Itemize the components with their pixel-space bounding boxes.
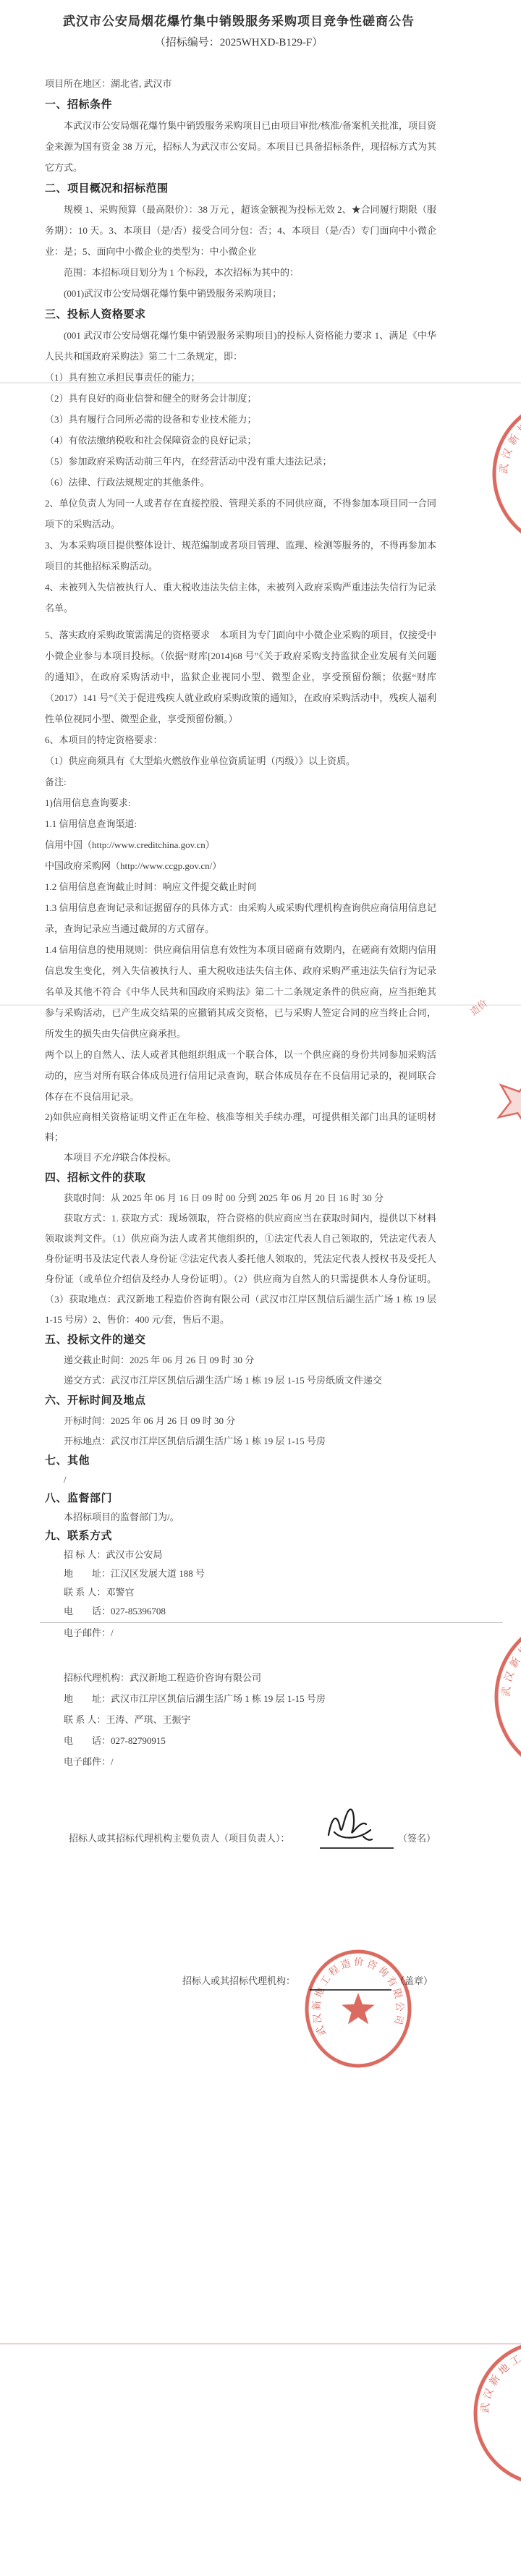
tenderer-phone: 027-85396708 bbox=[111, 1606, 166, 1617]
agency-phone-line: 电 话：027-82790915 bbox=[45, 1730, 436, 1751]
stamp-company-name: 武汉新地工程造价咨询有限公司 bbox=[501, 1621, 521, 1698]
agency-contact-label: 联 系 人： bbox=[64, 1714, 106, 1725]
partial-seal-stamp: 武汉新地工程造价咨询有限公司 bbox=[463, 2331, 521, 2498]
tenderer-name-label: 招 标 人： bbox=[64, 1549, 106, 1560]
partial-star-stamp bbox=[489, 1071, 521, 1136]
note-1-2: 1.2 信用信息查询截止时间：响应文件提交截止时间 bbox=[45, 876, 436, 897]
tenderer-phone-label: 电 话： bbox=[64, 1606, 111, 1617]
agency-email: / bbox=[111, 1756, 114, 1767]
section-4-heading: 四、招标文件的获取 bbox=[45, 1168, 436, 1188]
section-3-heading: 三、投标人资格要求 bbox=[45, 304, 436, 325]
note-1-head: 1)信用信息查询要求: bbox=[45, 792, 436, 813]
page-title: 武汉市公安局烟花爆竹集中销毁服务采购项目竞争性磋商公告 bbox=[0, 11, 478, 29]
qualification-rule-2: 2、单位负责人为同一人或者存在直接控股、管理关系的不同供应商，不得参加本项目同一… bbox=[45, 493, 436, 535]
document-page: 武汉市公安局烟花爆竹集中销毁服务采购项目竞争性磋商公告 （招标编号：2025WH… bbox=[0, 0, 521, 2576]
section-6-heading: 六、开标时间及地点 bbox=[45, 1391, 436, 1411]
law-item-4: （4）有依法缴纳税收和社会保障资金的良好记录； bbox=[45, 430, 436, 451]
qualification-rule-5: 5、落实政府采购政策需满足的资格要求 本项目为专门面向中小微企业采购的项目，仅接… bbox=[45, 624, 436, 729]
obtain-time: 获取时间：从 2025 年 06 月 16 日 09 时 00 分到 2025 … bbox=[45, 1188, 436, 1208]
signatory-label: 招标人或其招标代理机构主要负责人（项目负责人）： bbox=[69, 1831, 290, 1844]
star-icon bbox=[342, 1993, 375, 2024]
obtain-method: 获取方式：1. 获取方式：现场领取，符合资格的供应商应当在获取时间内，提供以下材… bbox=[45, 1208, 436, 1330]
law-item-5: （5）参加政府采购活动前三年内，在经营活动中没有重大违法记录； bbox=[45, 451, 436, 472]
consortium-credit-rule: 两个以上的自然人、法人或者其他组织组成一个联合体，以一个供应商的身份共同参加采购… bbox=[45, 1044, 436, 1107]
project-scope: 范围：本招标项目划分为 1 个标段，本次招标为其中的： bbox=[45, 262, 436, 283]
scan-fold-line bbox=[0, 2343, 521, 2344]
tender-number-line: （招标编号：2025WHXD-B129-F） bbox=[0, 34, 478, 49]
star-icon bbox=[489, 1071, 521, 1133]
agency-address: 武汉市江岸区凯信后湖生活广场 1 栋 19 层 1-15 号房 bbox=[111, 1693, 326, 1704]
location-line: 项目所在地区：湖北省, 武汉市 bbox=[45, 73, 436, 94]
law-item-6: （6）法律、行政法规规定的其他条件。 bbox=[45, 472, 436, 493]
no-consortium-post: 联合体投标。 bbox=[120, 1152, 177, 1163]
tenderer-email: / bbox=[111, 1627, 114, 1638]
note-1-3: 1.3 信用信息查询记录和证据留存的具体方式：由采购人或采购代理机构查询供应商信… bbox=[45, 897, 436, 939]
section-1-heading: 一、招标条件 bbox=[45, 94, 436, 115]
agency-contact: 王涛、严琪、王振宇 bbox=[106, 1714, 191, 1725]
section-2-heading: 二、项目概况和招标范围 bbox=[45, 178, 436, 199]
qualification-rule-3: 3、为本采购项目提供整体设计、规范编制或者项目管理、监理、检测等服务的，不得再参… bbox=[45, 535, 436, 577]
law-item-1: （1）具有独立承担民事责任的能力； bbox=[45, 367, 436, 388]
agency-email-line: 电子邮件：/ bbox=[45, 1751, 436, 1772]
tenderer-email-line: 电子邮件：/ bbox=[45, 1624, 436, 1643]
agency-contact-line: 联 系 人：王涛、严琪、王振宇 bbox=[45, 1709, 436, 1730]
tenderer-address-label: 地 址： bbox=[64, 1568, 111, 1579]
project-scale: 规模 1、采购预算（最高限价）：38 万元 ，超该金额视为投标无效 2、★合同履… bbox=[45, 199, 436, 262]
stamp-text-fragment: 造价 bbox=[467, 996, 490, 1018]
agency-address-line: 地 址：武汉市江岸区凯信后湖生活广场 1 栋 19 层 1-15 号房 bbox=[45, 1688, 436, 1709]
opening-time: 开标时间：2025 年 06 月 26 日 09 时 30 分 bbox=[45, 1411, 436, 1431]
notes-label: 备注: bbox=[45, 771, 436, 792]
agency-email-label: 电子邮件： bbox=[64, 1756, 111, 1767]
section-7-body: / bbox=[45, 1470, 436, 1489]
agency-phone-label: 电 话： bbox=[64, 1735, 111, 1746]
section-7-heading: 七、其他 bbox=[45, 1452, 436, 1470]
credit-china-link: 信用中国（http://www.creditchina.gov.cn） bbox=[45, 834, 436, 855]
tenderer-name-line: 招 标 人：武汉市公安局 bbox=[45, 1546, 436, 1564]
section-8-body: 本招标项目的监督部门为/。 bbox=[45, 1508, 436, 1527]
agency-name-label: 招标代理机构： bbox=[64, 1672, 130, 1683]
seal-line-label: 招标人或其招标代理机构： bbox=[182, 1973, 295, 1987]
law-item-2: （2）具有良好的商业信誉和健全的财务会计制度； bbox=[45, 388, 436, 409]
tenderer-address-line: 地 址：江汉区发展大道 188 号 bbox=[45, 1564, 436, 1583]
note-2: 2)如供应商相关资格证明文件正在年检、核准等相关手续办理，可提供相关部门出具的证… bbox=[45, 1107, 436, 1148]
agency-phone: 027-82790915 bbox=[111, 1735, 166, 1746]
lot-001: (001)武汉市公安局烟花爆竹集中销毁服务采购项目； bbox=[45, 283, 436, 304]
tenderer-contact: 邓警官 bbox=[106, 1587, 135, 1598]
qualification-rule-4: 4、未被列入失信被执行人、重大税收违法失信主体，未被列入政府采购严重违法失信行为… bbox=[45, 577, 436, 619]
svg-text:武汉新地工程造价咨询有限公司: 武汉新地工程造价咨询有限公司 bbox=[501, 1621, 521, 1698]
tenderer-contact-label: 联 系 人： bbox=[64, 1587, 106, 1598]
signature-suffix: （签名） bbox=[398, 1831, 436, 1844]
section-8-heading: 八、监督部门 bbox=[45, 1489, 436, 1508]
no-consortium-pre: 本项目 bbox=[64, 1152, 92, 1163]
partial-seal-stamp: 武汉新地工程造价咨询有限公司 bbox=[483, 391, 521, 557]
note-1-1: 1.1 信用信息查询渠道: bbox=[45, 813, 436, 834]
submission-deadline: 递交截止时间：2025 年 06 月 26 日 09 时 30 分 bbox=[45, 1350, 436, 1370]
tenderer-address: 江汉区发展大道 188 号 bbox=[111, 1568, 205, 1579]
tenderer-email-label: 电子邮件： bbox=[64, 1627, 111, 1638]
tail-sections: 七、其他 / 八、监督部门 本招标项目的监督部门为/。 九、联系方式 招 标 人… bbox=[45, 1452, 436, 1643]
agency-address-label: 地 址： bbox=[64, 1693, 111, 1704]
tenderer-name: 武汉市公安局 bbox=[106, 1549, 163, 1560]
document-body: 项目所在地区：湖北省, 武汉市 一、招标条件 本武汉市公安局烟花爆竹集中销毁服务… bbox=[45, 73, 436, 1772]
handwritten-signature bbox=[323, 1805, 379, 1848]
section-9-heading: 九、联系方式 bbox=[45, 1527, 436, 1546]
lower-sections: 2)如供应商相关资格证明文件正在年检、核准等相关手续办理，可提供相关部门出具的证… bbox=[45, 1107, 436, 1452]
law-item-3: （3）具有履行合同所必需的设备和专业技术能力； bbox=[45, 409, 436, 430]
agency-block: 招标代理机构：武汉新地工程造价咨询有限公司 地 址：武汉市江岸区凯信后湖生活广场… bbox=[45, 1667, 436, 1772]
qualification-rule-6-head: 6、本项目的特定资格要求： bbox=[45, 729, 436, 750]
ccgp-link: 中国政府采购网（http://www.ccgp.gov.cn/） bbox=[45, 855, 436, 876]
section-1-body: 本武汉市公安局烟花爆竹集中销毁服务采购项目已由项目审批/核准/备案机关批准，项目… bbox=[45, 115, 436, 178]
agency-name-line: 招标代理机构：武汉新地工程造价咨询有限公司 bbox=[45, 1667, 436, 1688]
qualification-rule-6-item: （1）供应商须具有《大型焰火燃放作业单位资质证明（丙级）》以上资质。 bbox=[45, 750, 436, 771]
company-seal-stamp: 武汉新地工程造价咨询有限公司 bbox=[298, 1946, 418, 2071]
opening-place: 开标地点：武汉市江岸区凯信后湖生活广场 1 栋 19 层 1-15 号房 bbox=[45, 1431, 436, 1452]
qualification-intro: (001 武汉市公安局烟花爆竹集中销毁服务采购项目)的投标人资格能力要求 1、满… bbox=[45, 325, 436, 367]
tenderer-phone-line: 电 话：027-85396708 bbox=[45, 1602, 436, 1621]
no-consortium-line: 本项目不允许联合体投标。 bbox=[45, 1148, 436, 1168]
section-5-heading: 五、投标文件的递交 bbox=[45, 1330, 436, 1350]
agency-name: 武汉新地工程造价咨询有限公司 bbox=[130, 1672, 261, 1683]
submission-method: 递交方式：武汉市江岸区凯信后湖生活广场 1 栋 19 层 1-15 号房纸质文件… bbox=[45, 1370, 436, 1391]
no-consortium-emphasis: 不允许 bbox=[92, 1152, 120, 1163]
partial-seal-stamp: 武汉新地工程造价咨询有限公司 bbox=[489, 1610, 521, 1784]
tenderer-contact-line: 联 系 人：邓警官 bbox=[45, 1583, 436, 1602]
note-1-4: 1.4 信用信息的使用规则：供应商信用信息有效性为本项目磋商有效期内，在磋商有效… bbox=[45, 939, 436, 1044]
